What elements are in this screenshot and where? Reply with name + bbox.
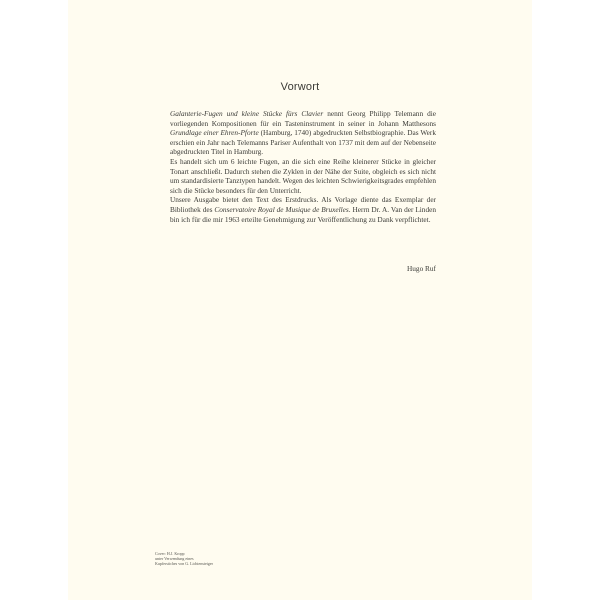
page-title: Vorwort	[68, 81, 532, 93]
cover-credits: Cover: H.J. Kropp unter Verwendung eines…	[155, 551, 265, 567]
italic-title-text: Conservatoire Royal de Musique de Bruxel…	[214, 205, 348, 214]
credit-line: Kupferstiches von G. Lichtensteiger	[155, 561, 265, 566]
foreword-body: Galanterie-Fugen und kleine Stücke fürs …	[170, 109, 436, 224]
author-signature: Hugo Ruf	[170, 264, 436, 273]
italic-title-text: Grundlage einer Ehren-Pforte	[170, 128, 259, 137]
paragraph-3: Unsere Ausgabe bietet den Text des Erstd…	[170, 195, 436, 224]
paragraph-1: Galanterie-Fugen und kleine Stücke fürs …	[170, 109, 436, 157]
body-text-segment: Es handelt sich um 6 leichte Fugen, an d…	[170, 157, 436, 195]
paragraph-2: Es handelt sich um 6 leichte Fugen, an d…	[170, 157, 436, 195]
italic-title-text: Galanterie-Fugen und kleine Stücke fürs …	[170, 109, 323, 118]
